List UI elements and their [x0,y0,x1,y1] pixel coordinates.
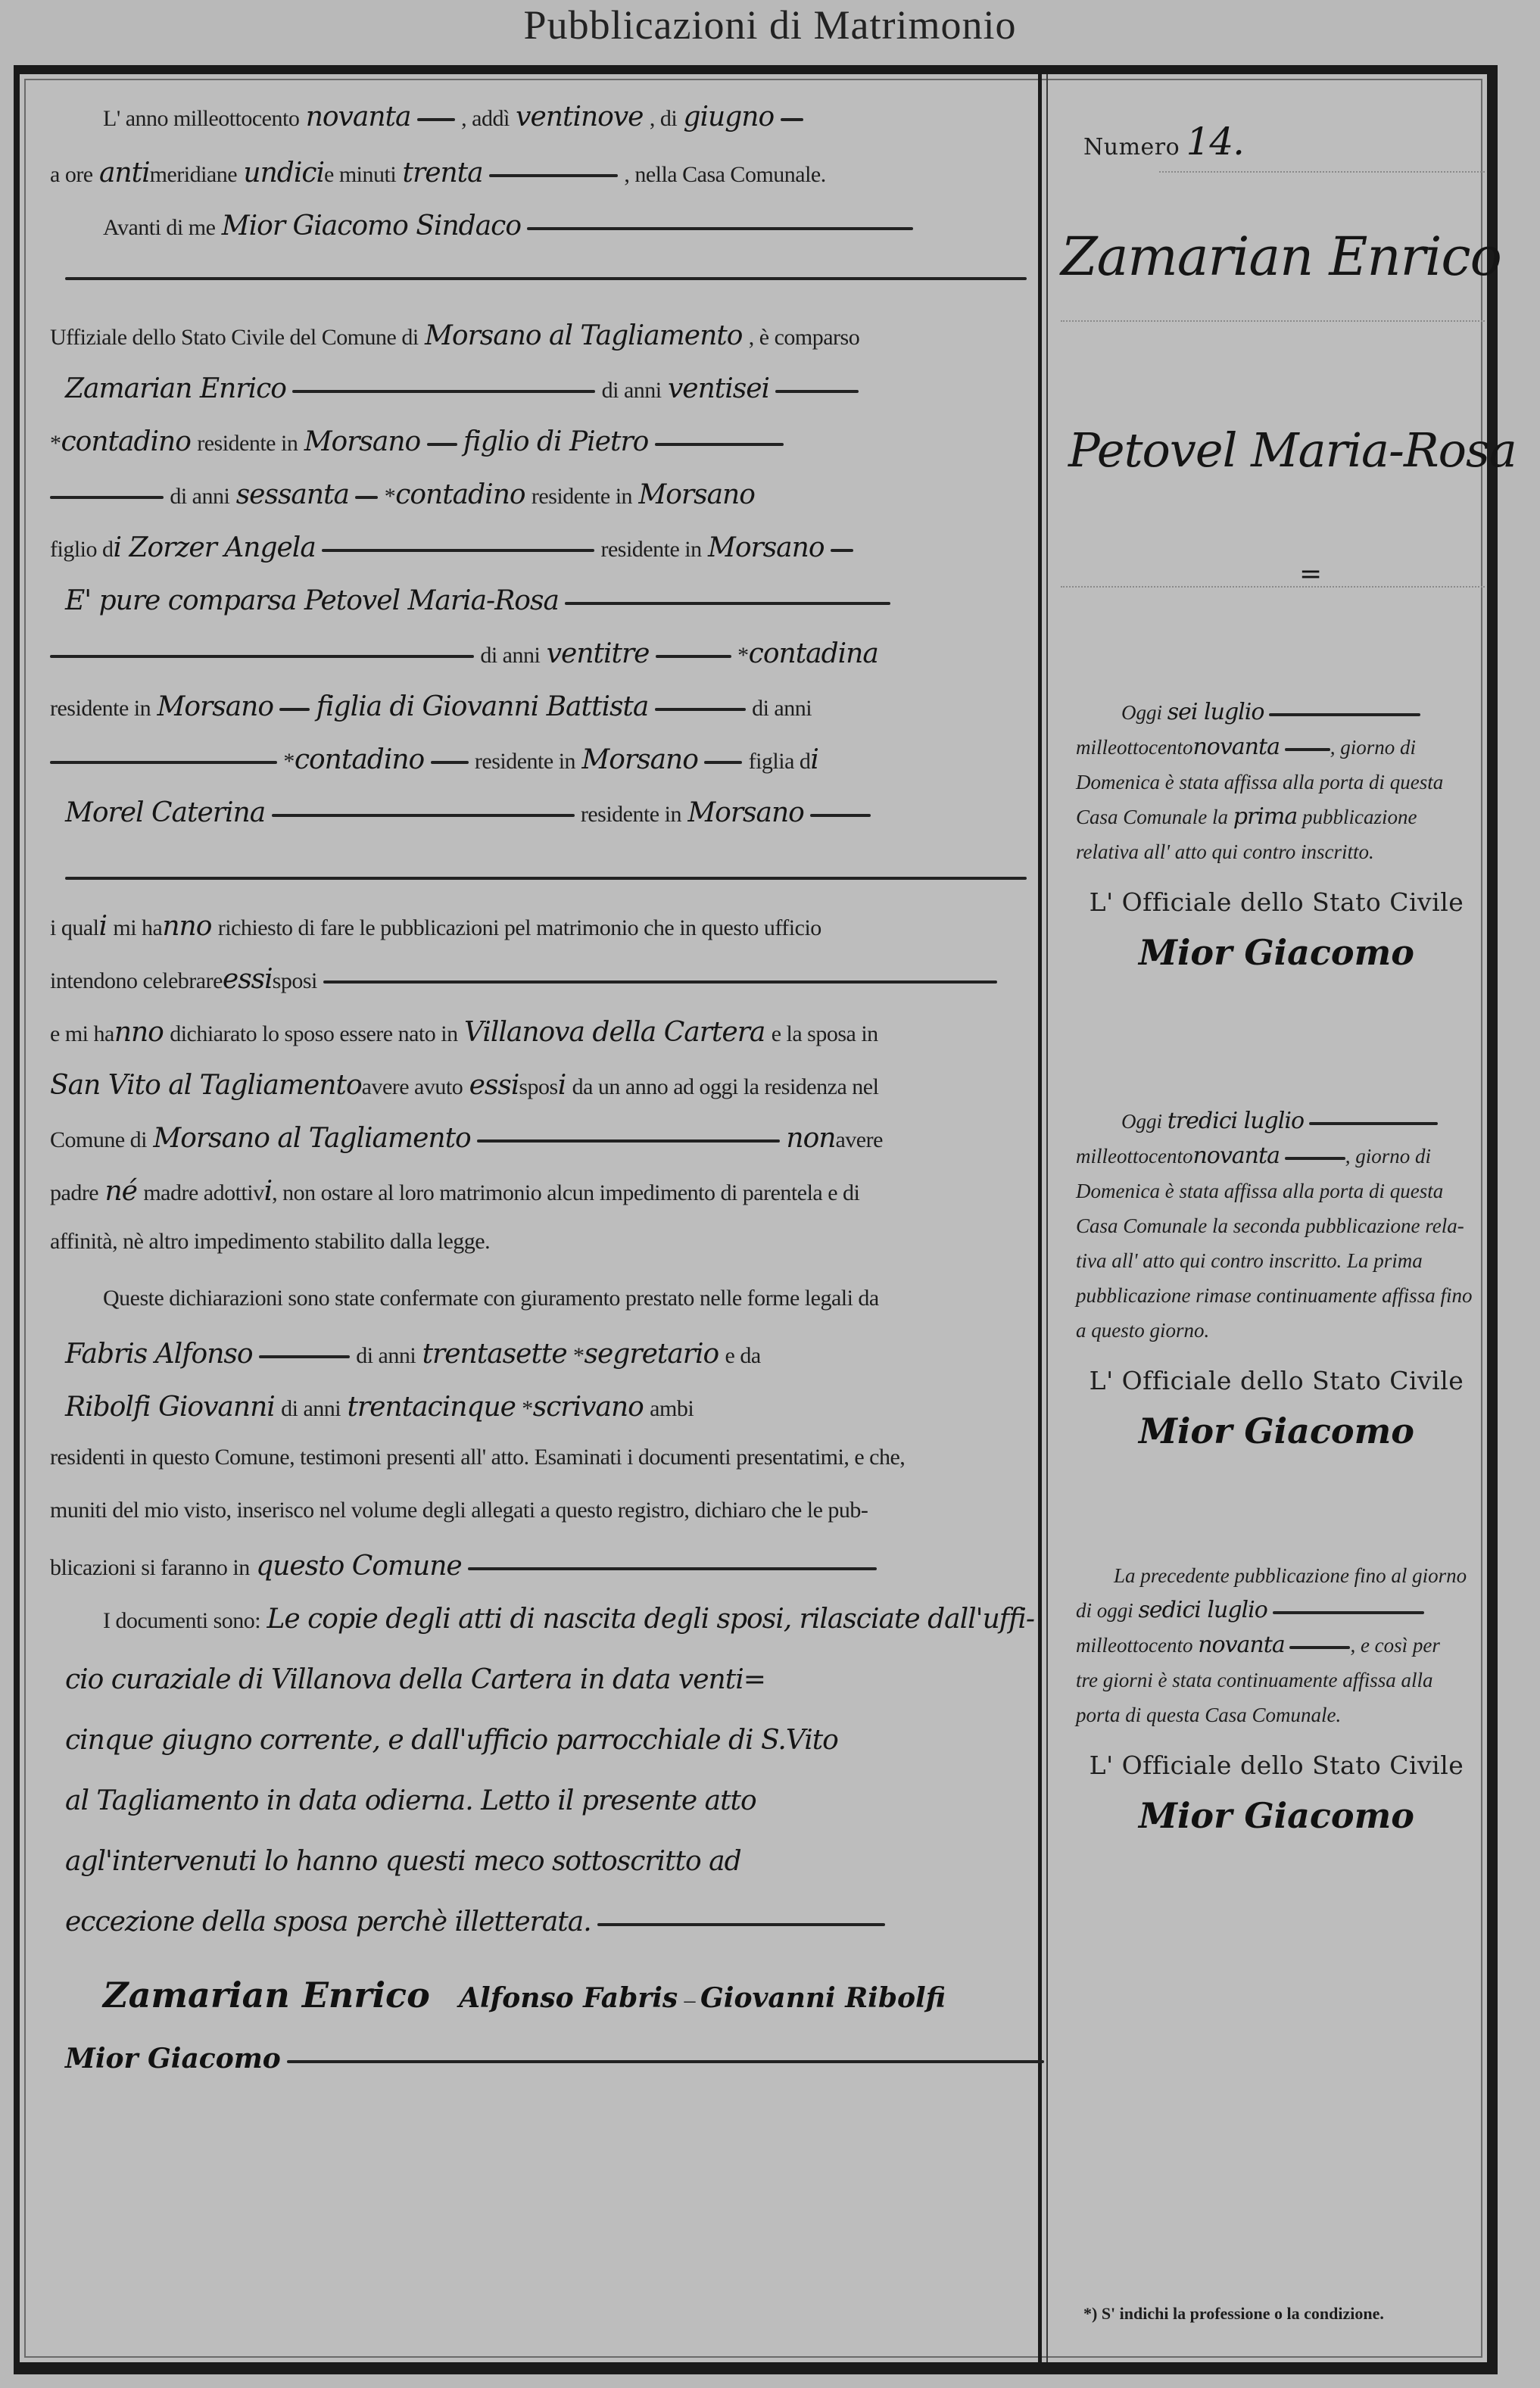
footnote-star: * [737,643,749,668]
field-suffix: i [810,744,818,775]
pub3-year: novanta [1198,1632,1284,1658]
label-a-ore: a ore [50,162,93,187]
field-comune: Morsano al Tagliamento [425,320,742,351]
separator [65,277,1027,280]
line-bride-father: *contadino residente in Morsano figlia d… [50,744,1034,775]
text: sposi [273,968,317,993]
field-bride-father-profession: contadino [295,744,424,775]
line-residenza: San Vito al Tagliamentoavere avuto essis… [50,1070,1034,1101]
label-minuti: e minuti [324,162,396,187]
line-mother: figlio di Zorzer Angela residente in Mor… [50,532,1034,563]
line-hour: a ore antimeridiane undicie minuti trent… [50,157,1034,189]
text: intendono celebrare [50,968,223,993]
text: e mi ha [50,1021,114,1046]
field-witness2-name: Ribolfi Giovanni [65,1392,275,1423]
text: muniti del mio visto, inserisco nel volu… [50,1498,868,1523]
line-documenti-5: agl'intervenuti lo hanno questi meco sot… [65,1846,1034,1877]
field-bride-father: figlia di Giovanni Battista [316,691,649,722]
register-frame: L' anno milleottocento novanta , addì ve… [14,65,1498,2374]
official-signature-row: Mior Giacomo [65,2043,1034,2075]
text: I documenti sono: [103,1608,260,1633]
text: , non ostare al loro matrimonio alcun im… [272,1180,859,1205]
second-publication: Oggi tredici luglio milleottocentonovant… [1076,1104,1477,1451]
ditto-mark: = [1299,559,1485,590]
field: essi [469,1070,519,1101]
page-title: Pubblicazioni di Matrimonio [0,2,1540,48]
text: padre [50,1180,98,1205]
field: agl'intervenuti lo hanno questi meco sot… [65,1846,741,1877]
text: Queste dichiarazioni sono state conferma… [103,1286,879,1311]
text: blicazioni si faranno in [50,1555,250,1580]
pub2-date: tredici luglio [1167,1108,1304,1134]
field: Morsano al Tagliamento [153,1123,470,1154]
field: eccezione della sposa perchè illetterata… [65,1906,591,1938]
label-casa-comunale: , nella Casa Comunale. [624,162,825,187]
line-documenti-3: cinque giugno corrente, e dall'ufficio p… [65,1725,1034,1756]
line-avanti: Avanti di me Mior Giacomo Sindaco [103,210,1034,242]
field-year: novanta [306,101,411,132]
label-residente: residente in [532,484,632,509]
label-ufficiale: Uffiziale dello Stato Civile del Comune … [50,325,419,350]
column-divider-thin [1046,74,1048,2362]
label-addi: , addì [461,106,510,131]
label-anno: L' anno milleottocento [103,106,299,131]
dotted-line [1061,320,1485,322]
line-richiesto: i quali mi hanno richiesto di fare le pu… [50,911,1034,942]
field: né [104,1176,137,1207]
label-di-anni: di anni [752,696,812,721]
signature-official: Mior Giacomo [65,2043,281,2075]
text: di anni [356,1343,416,1368]
field-bride-father-residence: Morsano [581,744,698,775]
separator [65,877,1027,880]
footnote-star: * [573,1343,585,1368]
label-residente: residente in [50,696,151,721]
line-groom: Zamarian Enrico di anni ventisei [65,373,1034,404]
field-bride-mother: Morel Caterina [65,797,265,828]
line-ufficiale: Uffiziale dello Stato Civile del Comune … [50,320,1034,351]
text: avere [835,1127,882,1152]
label-figlia-di: figlia d [749,749,811,774]
bride-name: Petovel Maria-Rosa [1068,422,1517,478]
pub2-signature: Mior Giacomo [1076,1411,1477,1451]
signature-witness1: Alfonso Fabris [459,1982,678,2014]
field-bride-residence: Morsano [157,691,273,722]
signatures-row: Zamarian Enrico Alfonso Fabris – Giovann… [103,1975,1034,2015]
text: dichiarato lo sposo essere nato in [170,1021,457,1046]
numero-label: Numero [1083,134,1180,161]
line-documenti-6: eccezione della sposa perchè illetterata… [65,1906,1034,1938]
field-groom-name: Zamarian Enrico [65,373,286,404]
pub2-year: novanta [1192,1143,1279,1169]
text: da un anno ad oggi la residenza nel [572,1074,879,1099]
line-documenti-2: cio curaziale di Villanova della Cartera… [65,1664,1034,1695]
label-di: , di [650,106,677,131]
line-bride-age: di anni ventitre *contadina [50,638,1034,669]
field-groom-residence: Morsano [304,426,421,457]
column-divider [1038,74,1042,2362]
pub1-ordinal: prima [1233,803,1297,830]
line-residenti: residenti in questo Comune, testimoni pr… [50,1445,1034,1470]
field: i [99,911,108,942]
dotted-line [1159,171,1485,173]
label-figlio-di: figlio d [50,537,114,562]
label-residente: residente in [581,802,681,827]
line-affinita: affinità, nè altro impedimento stabilito… [50,1229,1034,1255]
footnote-star: * [522,1396,533,1421]
footnote: *) S' indichi la professione o la condiz… [1083,2304,1384,2324]
field-bride-name: E' pure comparsa Petovel Maria-Rosa [65,585,559,616]
line-documenti: I documenti sono: Le copie degli atti di… [103,1604,1034,1635]
field-witness1-profession: segretario [585,1339,719,1370]
label-avanti-di-me: Avanti di me [103,215,215,240]
text: e la sposa in [772,1021,878,1046]
label-di-anni: di anni [480,643,540,668]
field: essi [223,964,273,995]
pub3-date: sedici luglio [1139,1597,1267,1623]
field-bride-profession: contadina [749,638,878,669]
pub3-signature: Mior Giacomo [1076,1795,1477,1836]
field-mother-residence: Morsano [708,532,825,563]
numero-value: 14. [1186,120,1245,164]
text: di anni [281,1396,341,1421]
label-di-anni: di anni [170,484,229,509]
publication-completion: La precedente pubblicazione fino al gior… [1076,1558,1477,1836]
field-day: ventinove [516,101,643,132]
field-groom-mother: i Zorzer Angela [114,532,316,563]
field-minutes: trenta [403,157,483,189]
field: i [558,1070,566,1101]
line-padre: padre né madre adottivi, non ostare al l… [50,1176,1034,1207]
field: nno [162,911,211,942]
line-muniti: muniti del mio visto, inserisco nel volu… [50,1498,1034,1523]
label-comparso: , è comparso [749,325,859,350]
text: residenti in questo Comune, testimoni pr… [50,1445,905,1470]
pub1-year: novanta [1192,734,1279,760]
field: nno [114,1017,164,1048]
line-groom-profession: *contadino residente in Morsano figlio d… [50,426,1034,457]
dotted-line [1061,586,1485,588]
text: e da [725,1343,761,1368]
text: i qual [50,915,99,940]
field-groom-father: figlio di Pietro [463,426,648,457]
field-month: giugno [684,101,775,132]
line-documenti-4: al Tagliamento in data odierna. Letto il… [65,1785,1034,1816]
line-father: di anni sessanta *contadino residente in… [50,479,1034,510]
line-blicazioni: blicazioni si faranno in questo Comune [50,1551,1034,1582]
text: Comune di [50,1127,147,1152]
label-meridiane: meridiane [150,162,237,187]
label-residente: residente in [600,537,701,562]
field: cinque giugno corrente, e dall'ufficio p… [65,1725,838,1756]
pub1-date: sei luglio [1167,699,1264,725]
field-witness1-name: Fabris Alfonso [65,1339,253,1370]
text: avere avuto [362,1074,463,1099]
field: al Tagliamento in data odierna. Letto il… [65,1785,756,1816]
field-bride-mother-residence: Morsano [687,797,804,828]
official-title: L' Officiale dello Stato Civile [1076,1750,1477,1780]
label-residente: residente in [197,431,298,456]
footnote-star: * [283,749,295,774]
field-anti: anti [99,157,150,189]
field-witness1-age: trentasette [422,1339,567,1370]
text: richiesto di fare le pubblicazioni pel m… [218,915,821,940]
field-groom-profession: contadino [61,426,191,457]
field: i [264,1176,273,1207]
margin-bride-name: Petovel Maria-Rosa [1068,422,1485,478]
field: Le copie degli atti di nascita degli spo… [267,1604,1034,1635]
signature-witness2: Giovanni Ribolfi [700,1982,946,2014]
field: cio curaziale di Villanova della Cartera… [65,1664,765,1695]
text: mi ha [113,915,162,940]
field-groom-birthplace: Villanova della Cartera [464,1017,765,1048]
official-title: L' Officiale dello Stato Civile [1076,1366,1477,1395]
line-witness1: Fabris Alfonso di anni trentasette *segr… [65,1339,1034,1370]
field-witness2-profession: scrivano [533,1392,644,1423]
field-officer: Mior Giacomo Sindaco [222,210,521,242]
first-publication: Oggi sei luglio milleottocentonovanta , … [1076,695,1477,973]
official-title: L' Officiale dello Stato Civile [1076,887,1477,917]
field-witness2-age: trentacinque [347,1392,516,1423]
label-di-anni: di anni [602,378,662,403]
field-father-residence: Morsano [638,479,755,510]
line-birthplace: e mi hanno dichiarato lo sposo essere na… [50,1017,1034,1048]
field-bride-birthplace: San Vito al Tagliamento [50,1070,362,1101]
line-celebrare: intendono celebrareessisposi [50,964,1034,995]
line-witness2: Ribolfi Giovanni di anni trentacinque *s… [65,1392,1034,1423]
groom-name: Zamarian Enrico [1061,226,1501,288]
field-publication-place: questo Comune [256,1551,462,1582]
text: affinità, nè altro impedimento stabilito… [50,1229,490,1254]
field-father-profession: contadino [395,479,525,510]
pub1-signature: Mior Giacomo [1076,932,1477,973]
line-giuramento: Queste dichiarazioni sono state conferma… [103,1286,1034,1311]
line-year: L' anno milleottocento novanta , addì ve… [103,101,1034,132]
field-father-age: sessanta [236,479,349,510]
ditto: = [1299,559,1321,590]
text: madre adottiv [143,1180,263,1205]
signature-groom: Zamarian Enrico [103,1975,430,2015]
field-groom-age: ventisei [668,373,769,404]
text: spos [519,1074,557,1099]
field-hour: undici [243,157,324,189]
label-residente: residente in [475,749,575,774]
line-bride: E' pure comparsa Petovel Maria-Rosa [65,585,1034,616]
footnote-star: * [385,484,396,509]
margin-groom-name: Zamarian Enrico [1061,226,1485,288]
line-comune: Comune di Morsano al Tagliamento nonaver… [50,1123,1034,1154]
numero-row: Numero 14. [1083,120,1485,164]
text: ambi [650,1396,694,1421]
field: non [786,1123,835,1154]
line-bride-residence: residente in Morsano figlia di Giovanni … [50,691,1034,722]
footnote-star: * [50,431,61,456]
line-bride-mother: Morel Caterina residente in Morsano [65,797,1034,828]
field-bride-age: ventitre [547,638,650,669]
